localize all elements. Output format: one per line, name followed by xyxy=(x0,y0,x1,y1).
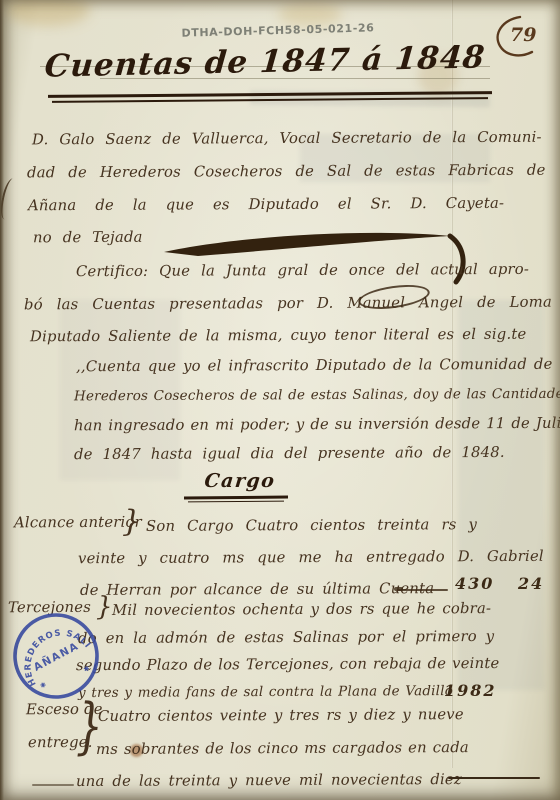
entry-line: Mil novecientos ochenta y dos rs que he … xyxy=(112,600,491,619)
entry-line: y tres y media fans de sal contra la Pla… xyxy=(78,683,463,701)
opening-line: D. Galo Saenz de Valluerca, Vocal Secret… xyxy=(32,129,542,149)
archival-code: DTHA-DOH-FCH58-05-021-26 xyxy=(150,20,406,40)
certifico-line: bó las Cuentas presentadas por D. Manuel… xyxy=(24,294,552,314)
binding-edge xyxy=(0,0,4,800)
entry-line: Son Cargo Cuatro cientos treinta rs y xyxy=(146,516,477,535)
page-number-text: 79 xyxy=(510,24,536,46)
cargo-rule-thick xyxy=(184,496,288,499)
leader-dash-blob xyxy=(394,587,403,591)
entry-brace: } xyxy=(122,504,141,539)
opening-line: dad de Herederos Cosecheros de Sal de es… xyxy=(27,162,546,182)
manuscript-page: DTHA-DOH-FCH58-05-021-26 79 Cuentas de 1… xyxy=(0,0,560,800)
stamp-star-icon: ✱ xyxy=(39,680,48,690)
amount-reales: 1982 xyxy=(444,681,497,700)
cuenta-line: de 1847 hasta igual dia del presente año… xyxy=(74,444,505,463)
entry-brace: } xyxy=(96,592,113,622)
leader-dash xyxy=(32,784,74,786)
cuenta-line: Herederos Cosecheros de sal de estas Sal… xyxy=(74,386,560,405)
cargo-heading: Cargo xyxy=(184,470,296,492)
entry-line: ms sobrantes de los cinco ms cargados en… xyxy=(96,739,469,758)
leader-dash xyxy=(398,589,448,591)
cuenta-line: ,,Cuenta que yo el infrascrito Diputado … xyxy=(76,356,553,375)
cuenta-line: han ingresado en mi poder; y de su inver… xyxy=(74,415,560,435)
paper-stain xyxy=(6,0,90,26)
opening-line: no de Tejada xyxy=(33,229,143,247)
certifico-line: Certifico: Que la Junta gral de once del… xyxy=(76,261,529,280)
paper-fold-crease xyxy=(451,0,453,768)
entry-line: una de las treinta y nueve mil novecient… xyxy=(76,771,462,790)
entry-line: Cuatro cientos veinte y tres rs y diez y… xyxy=(98,706,464,725)
signature-flourish xyxy=(158,226,488,290)
certifico-line: Diputado Saliente de la misma, cuyo teno… xyxy=(30,326,527,346)
sum-rule xyxy=(448,777,540,779)
amount-reales: 430 xyxy=(455,574,494,593)
entry-line: de Herran por alcance de su última Cuent… xyxy=(80,580,434,599)
entry-line: do en la admón de estas Salinas por el p… xyxy=(78,628,494,647)
amount-maravedis: 24 xyxy=(518,574,544,593)
opening-line: Añana de la que es Diputado el Sr. D. Ca… xyxy=(28,195,504,214)
stamp-star-icon: ✱ xyxy=(82,664,91,674)
entry-line: segundo Plazo de los Tercejones, con reb… xyxy=(76,655,500,674)
title-rule-thin xyxy=(52,97,488,102)
cargo-rule-thin xyxy=(188,501,284,503)
entry-line: veinte y cuatro ms que me ha entregado D… xyxy=(78,548,544,567)
